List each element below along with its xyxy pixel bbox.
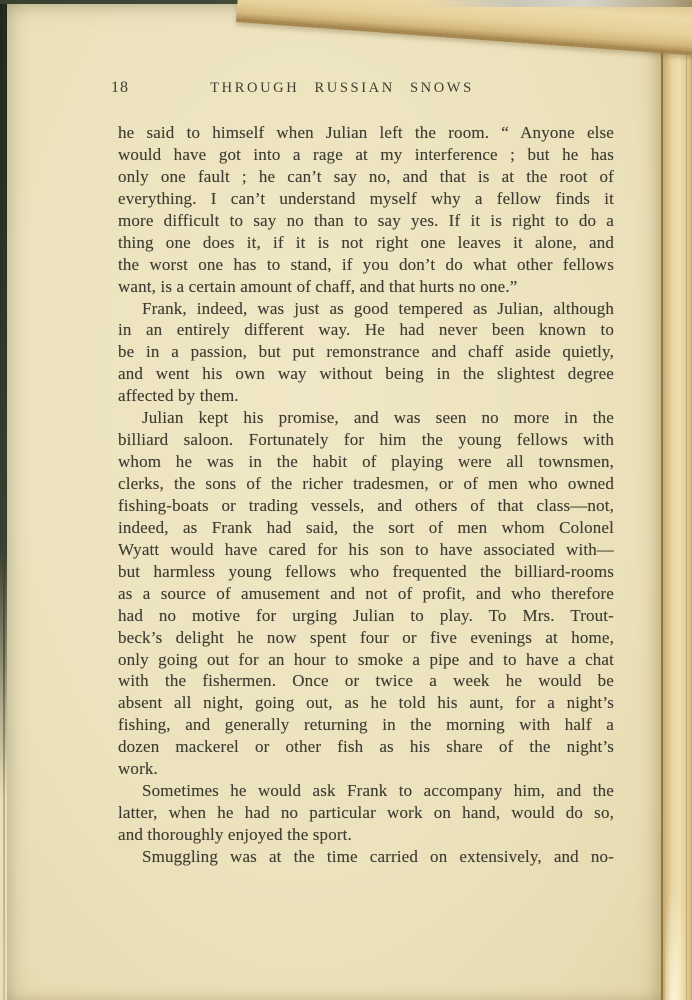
- text-line: billiard saloon. Fortunately for him the…: [118, 429, 614, 451]
- text-line: fishing, and generally returning in the …: [118, 714, 614, 736]
- page-edge-highlight: [665, 880, 687, 1000]
- text-line: would have got into a rage at my interfe…: [118, 144, 614, 166]
- text-line: indeed, as Frank had said, the sort of m…: [118, 517, 614, 539]
- text-line: the worst one has to stand, if you don’t…: [118, 254, 614, 276]
- text-line: clerks, the sons of the richer tradesmen…: [118, 473, 614, 495]
- text-line: as a source of amusement and not of prof…: [118, 583, 614, 605]
- paragraph: Julian kept his promise, and was seen no…: [118, 407, 614, 780]
- spine-stitch-line: [3, 0, 5, 1000]
- text-line: dozen mackerel or other fish as his shar…: [118, 736, 614, 758]
- text-line: latter, when he had no particular work o…: [118, 802, 614, 824]
- text-line: be in a passion, but put remonstrance an…: [118, 341, 614, 363]
- paragraph: Frank, indeed, was just as good tempered…: [118, 298, 614, 408]
- text-line: only going out for an hour to smoke a pi…: [118, 649, 614, 671]
- text-line: Sometimes he would ask Frank to accompan…: [118, 780, 614, 802]
- text-line: Julian kept his promise, and was seen no…: [118, 407, 614, 429]
- text-block: he said to himself when Julian left the …: [118, 122, 614, 868]
- text-line: only one fault ; he can’t say no, and th…: [118, 166, 614, 188]
- book-page: 18 THROUGH RUSSIAN SNOWS he said to hims…: [6, 3, 663, 1000]
- text-line: Smuggling was at the time carried on ext…: [118, 846, 614, 868]
- text-line: thing one does it, if it is not right on…: [118, 232, 614, 254]
- text-line: everything. I can’t understand myself wh…: [118, 188, 614, 210]
- page-header: 18 THROUGH RUSSIAN SNOWS: [118, 79, 614, 99]
- text-line: work.: [118, 758, 614, 780]
- text-line: in an entirely different way. He had nev…: [118, 319, 614, 341]
- text-line: and went his own way without being in th…: [118, 363, 614, 385]
- text-line: had no motive for urging Julian to play.…: [118, 605, 614, 627]
- text-line: absent all night, going out, as he told …: [118, 692, 614, 714]
- page-edge-line: [686, 0, 687, 1000]
- running-title: THROUGH RUSSIAN SNOWS: [118, 80, 566, 97]
- text-line: fishing-boats or trading vessels, and ot…: [118, 495, 614, 517]
- text-line: want, is a certain amount of chaff, and …: [118, 276, 614, 298]
- text-line: he said to himself when Julian left the …: [118, 122, 614, 144]
- paragraph: Smuggling was at the time carried on ext…: [118, 846, 614, 868]
- text-line: Frank, indeed, was just as good tempered…: [118, 298, 614, 320]
- paragraph: Sometimes he would ask Frank to accompan…: [118, 780, 614, 846]
- paragraph: he said to himself when Julian left the …: [118, 122, 614, 298]
- text-line: whom he was in the habit of playing were…: [118, 451, 614, 473]
- text-line: but harmless young fellows who frequente…: [118, 561, 614, 583]
- text-line: beck’s delight he now spent four or five…: [118, 627, 614, 649]
- right-page-edges-strip: [661, 0, 692, 1000]
- top-corner-sliver: [422, 0, 692, 7]
- text-line: affected by them.: [118, 385, 614, 407]
- text-line: with the fishermen. Once or twice a week…: [118, 670, 614, 692]
- text-line: more difficult to say no than to say yes…: [118, 210, 614, 232]
- text-line: and thoroughly enjoyed the sport.: [118, 824, 614, 846]
- text-line: Wyatt would have cared for his son to ha…: [118, 539, 614, 561]
